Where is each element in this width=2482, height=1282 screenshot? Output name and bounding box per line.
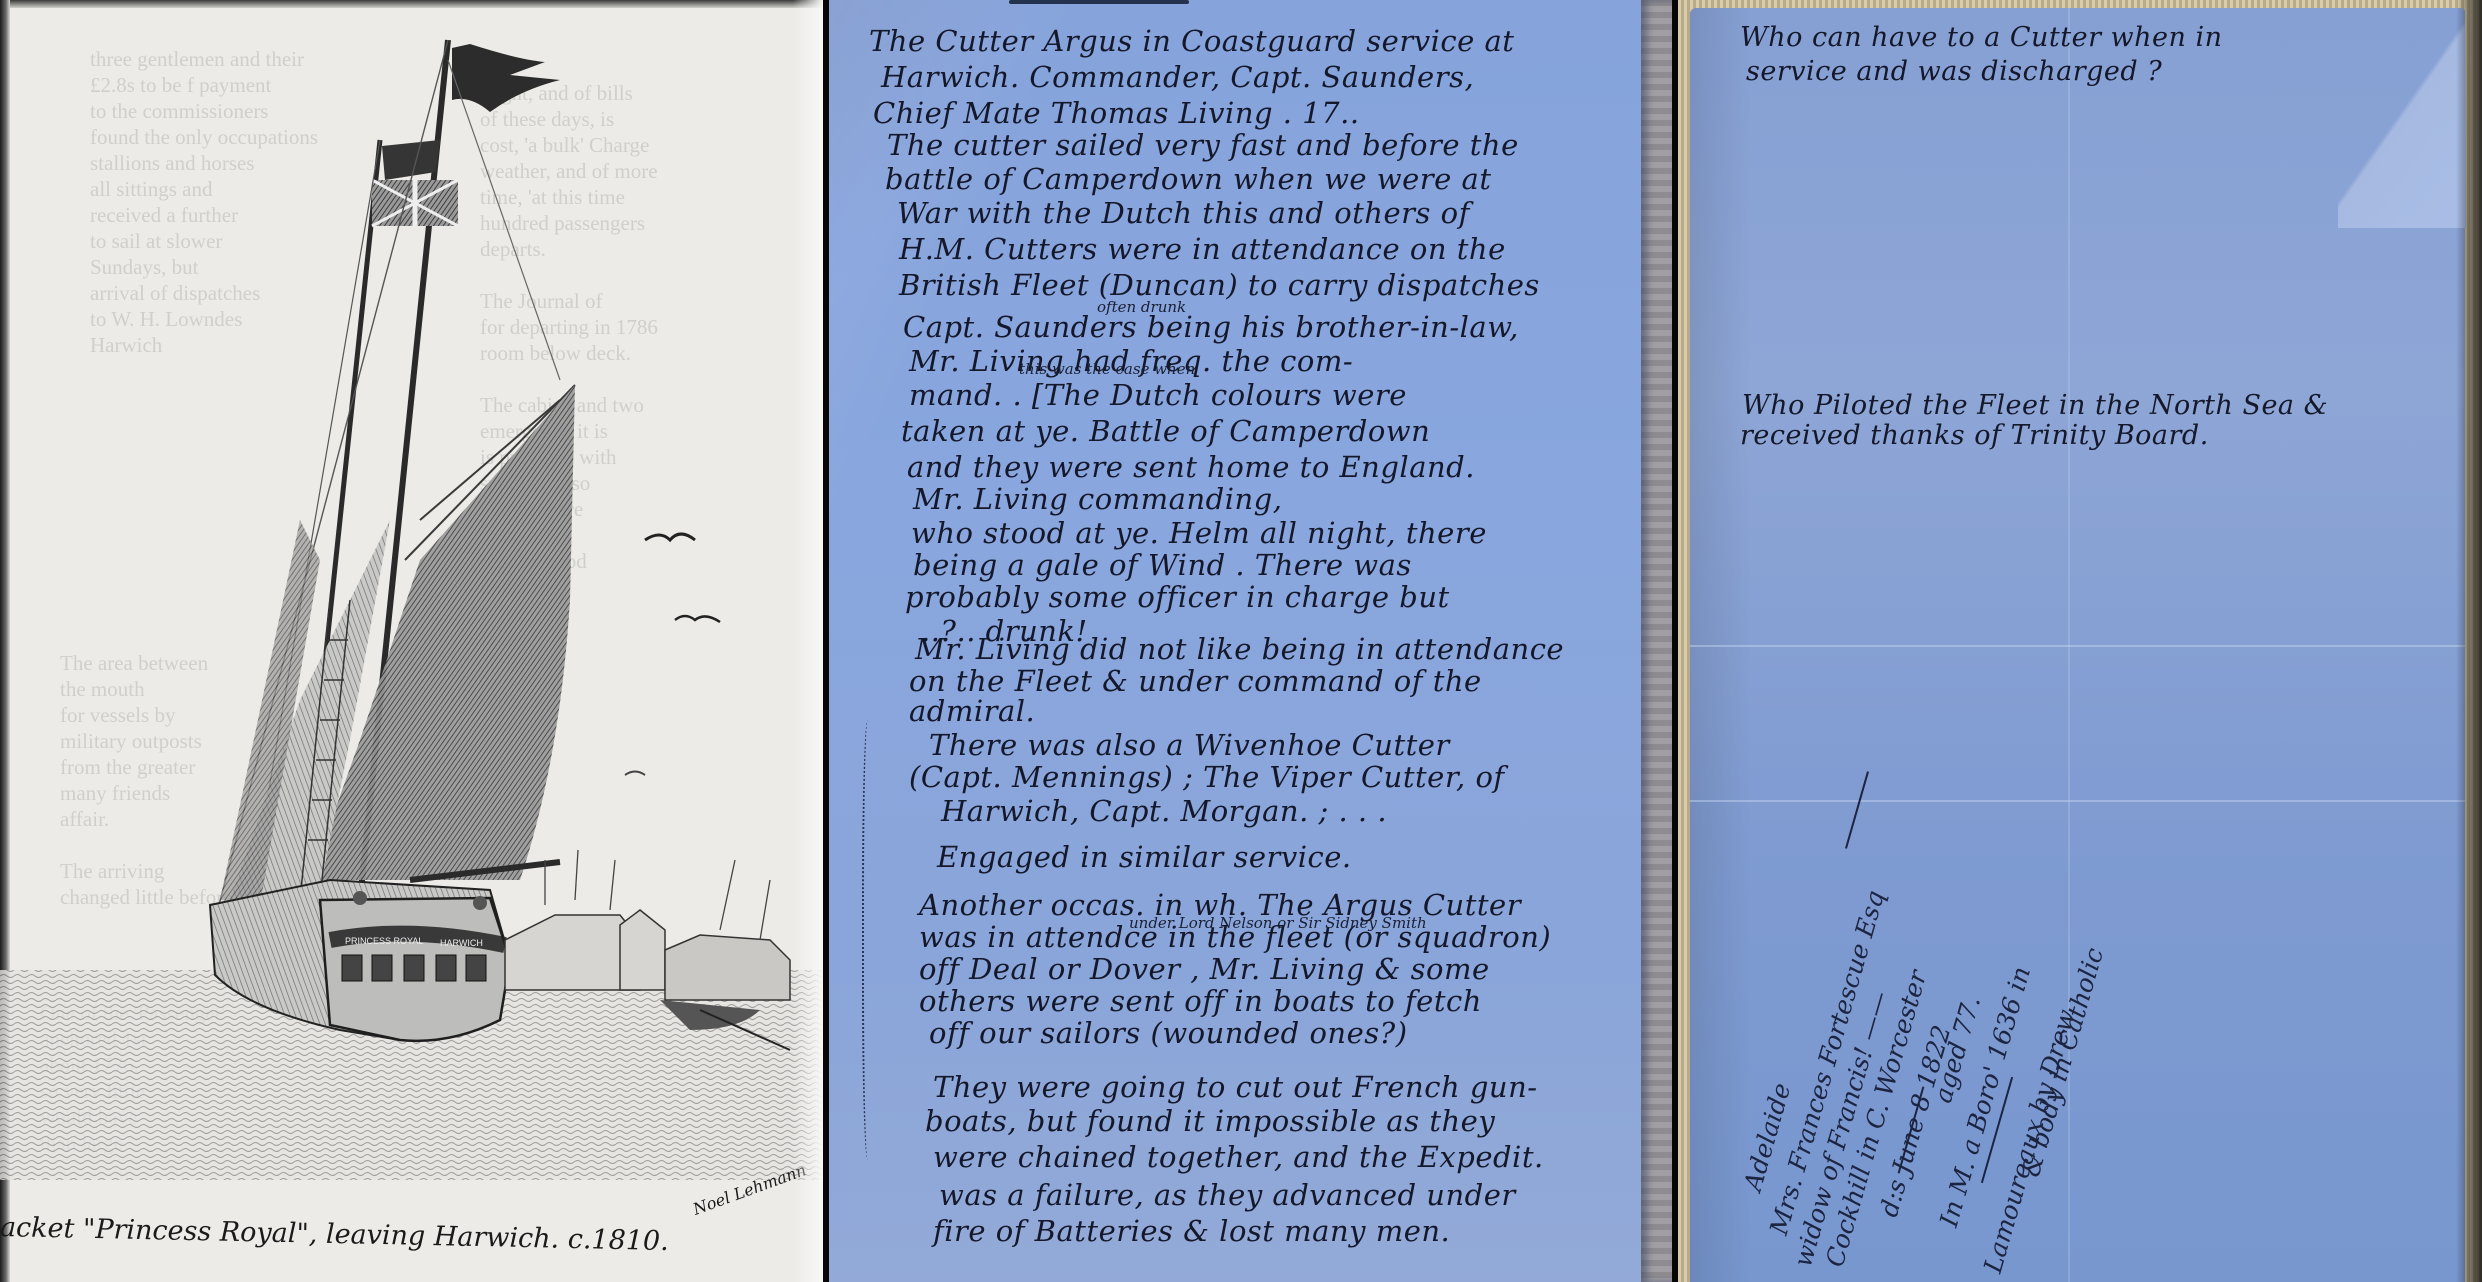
handwritten-line: boats, but found it impossible as they [925, 1104, 1495, 1138]
handwritten-line: They were going to cut out French gun- [933, 1070, 1538, 1104]
handwritten-line: being a gale of Wind . There was [913, 548, 1412, 582]
handwritten-line: battle of Camperdown when we were at [885, 162, 1491, 196]
quay-buildings [505, 910, 790, 1000]
handwritten-line: There was also a Wivenhoe Cutter [929, 728, 1450, 762]
folded-corner [2338, 8, 2466, 228]
handwritten-line: and they were sent home to England. [907, 450, 1475, 484]
page-edge-highlight [793, 0, 823, 1282]
manuscript-page-2: Who can have to a Cutter when inservice … [1678, 0, 2482, 1282]
handwritten-line: on the Fleet & under command of the [909, 664, 1482, 698]
seagull-icon [625, 772, 645, 776]
handwritten-line: Harwich, Capt. Morgan. ; . . . [941, 794, 1387, 828]
handwritten-line: Chief Mate Thomas Living . 17.. [873, 96, 1360, 130]
interlinear-insertion: under Lord Nelson or Sir Sidney Smith [1129, 914, 1427, 932]
handwritten-line: who stood at ye. Helm all night, there [911, 516, 1487, 550]
handwritten-line: Who Piloted the Fleet in the North Sea & [1742, 390, 2328, 421]
handwritten-line: were chained together, and the Expedit. [933, 1140, 1544, 1174]
handwritten-line: Engaged in similar service. [937, 840, 1352, 874]
handwritten-line: Who can have to a Cutter when in [1740, 22, 2223, 53]
manuscript-page-1: The Cutter Argus in Coastguard service a… [829, 0, 1672, 1282]
handwritten-line: The Cutter Argus in Coastguard service a… [869, 24, 1514, 58]
handwritten-line: British Fleet (Duncan) to carry dispatch… [899, 268, 1540, 302]
handwritten-line: The cutter sailed very fast and before t… [887, 128, 1519, 162]
book-page-panel: three gentlemen and their £2.8s to be f … [0, 0, 823, 1282]
paper-crease [1690, 645, 2465, 647]
interlinear-insertion: this was the case when [1019, 360, 1195, 378]
edge-shadow [2456, 0, 2482, 1282]
handwritten-line: was a failure, as they advanced under [939, 1178, 1516, 1212]
stern-lettering: HARWICH [440, 938, 483, 948]
seagull-icon [675, 616, 720, 622]
ship-illustration: PRINCESS ROYAL HARWICH [0, 0, 823, 1282]
handwritten-line: received thanks of Trinity Board. [1740, 420, 2209, 451]
handwritten-line: admiral. [909, 694, 1035, 728]
handwritten-line: Mr. Living commanding, [913, 482, 1282, 516]
interlinear-insertion: often drunk [1097, 298, 1186, 316]
handwritten-line: others were sent off in boats to fetch [919, 984, 1482, 1018]
handwritten-line: fire of Batteries & lost many men. [933, 1214, 1450, 1248]
pennant-flag-icon [452, 44, 560, 112]
handwritten-line: service and was discharged ? [1746, 56, 2162, 87]
fabric-mount-strip [1641, 0, 1672, 1282]
handwritten-line: off our sailors (wounded ones?) [929, 1016, 1408, 1050]
handwritten-line: Capt. Saunders being his brother-in-law, [903, 310, 1519, 344]
underline-stroke [1009, 0, 1189, 4]
margin-bracket [862, 720, 876, 1160]
handwritten-line: taken at ye. Battle of Camperdown [901, 414, 1430, 448]
stern-lettering: PRINCESS ROYAL [345, 936, 423, 946]
handwritten-line: mand. . [The Dutch colours were [909, 378, 1407, 412]
paper-crease [1690, 800, 2465, 802]
handwritten-line: probably some officer in charge but [905, 580, 1450, 614]
handwritten-line: off Deal or Dover , Mr. Living & some [919, 952, 1490, 986]
handwritten-line: H.M. Cutters were in attendance on the [899, 232, 1506, 266]
seagull-icon [645, 534, 695, 540]
handwritten-line: (Capt. Mennings) ; The Viper Cutter, of [909, 760, 1505, 794]
handwritten-line: Harwich. Commander, Capt. Saunders, [881, 60, 1474, 94]
handwritten-line: Mr. Living did not like being in attenda… [915, 632, 1564, 666]
handwritten-line: War with the Dutch this and others of [897, 196, 1470, 230]
